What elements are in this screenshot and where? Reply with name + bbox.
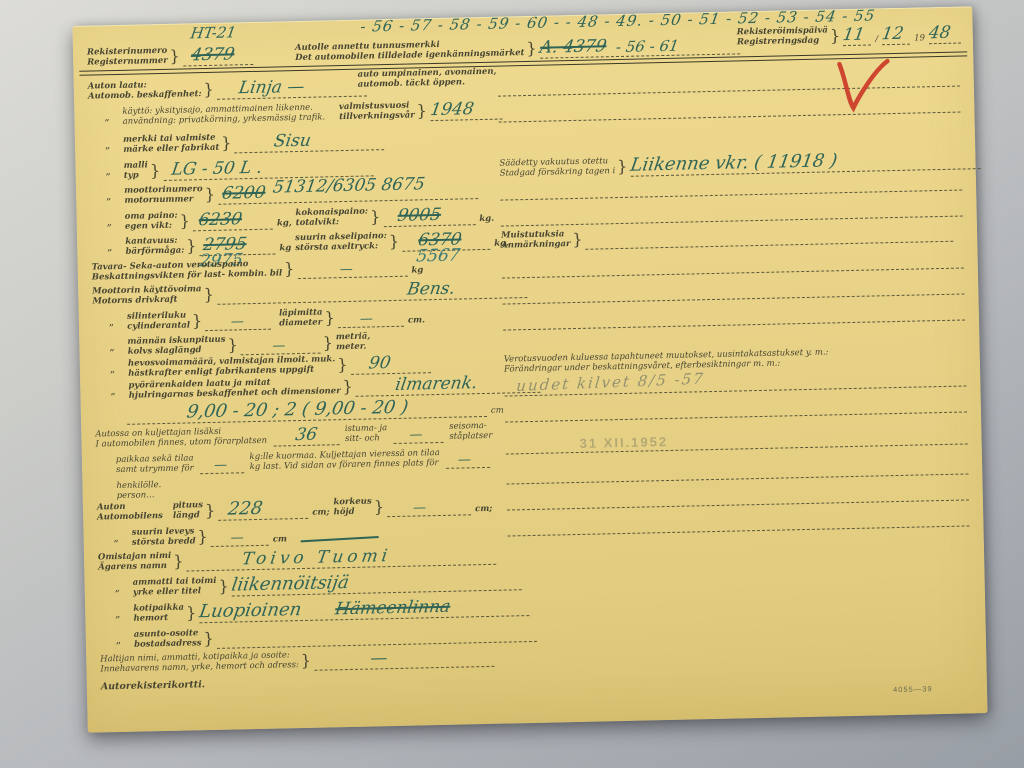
red-checkmark-icon: [825, 54, 919, 126]
field-make: „ merkki tai valmistemärke eller fabrika…: [105, 130, 385, 156]
handwritten-vehicle-type: Linja —: [237, 78, 305, 96]
handwritten-build-year: 1948: [429, 101, 475, 119]
dotted-line: [500, 190, 962, 201]
handwritten-owner-name: Toivo Tuomi: [241, 548, 393, 568]
handwritten-seat-count: 36: [294, 426, 318, 444]
field-capacity-axle: „ kantavuus:bärförmåga: } 2795 2975 kg s…: [107, 229, 513, 257]
handwritten-engine-number: 51312/6305 8675: [272, 176, 426, 196]
handwritten-passenger-beside: —: [457, 453, 472, 466]
field-holder: Haltijan nimi, ammatti, kotipaikka ja os…: [100, 647, 494, 675]
ditto-mark: „: [115, 583, 120, 594]
field-engine-number: „ moottorinumeromotornummer } 6200 51312…: [106, 179, 478, 207]
ditto-mark: „: [107, 242, 112, 253]
ditto-mark: „: [116, 635, 121, 646]
ditto-mark: „: [104, 112, 109, 123]
ditto-mark: „: [106, 191, 111, 202]
handwritten-home-place-struck: Hämeenlinna: [334, 598, 452, 618]
ink-stroke: [301, 536, 379, 542]
handwritten-tire-dimensions: 9,00 - 20 ; 2 ( 9,00 - 20 ): [185, 399, 409, 422]
handwritten-code: HT-21: [190, 25, 236, 42]
form-number: 4055—39: [893, 684, 933, 694]
brace: }: [169, 48, 180, 64]
field-load: paikkaa sekä tilaasamt utrymme för — kg:…: [116, 448, 490, 476]
handwritten-month: 12: [881, 25, 905, 43]
document-title: Autorekisterikortti.: [101, 679, 205, 692]
dotted-line: [503, 294, 965, 305]
handwritten-width: —: [230, 531, 245, 544]
handwritten-diameter: —: [359, 312, 374, 325]
ditto-mark: „: [110, 386, 115, 397]
handwritten-stroke: —: [272, 339, 287, 352]
ditto-mark: „: [105, 140, 110, 151]
handwritten-tax-weight: —: [338, 262, 353, 275]
field-remarks: MuistutuksiaAnmärkningar }: [501, 222, 954, 251]
handwritten-insurance: Liikenne vkr. ( 11918 ): [629, 152, 838, 175]
field-motive-power: Moottorin käyttövoimaMotorns drivkraft }…: [92, 278, 527, 307]
label-persons: henkilölle.person…: [116, 481, 161, 502]
handwritten-pencil-note: uudet kilvet 8/5 -57: [516, 372, 706, 394]
type-options-note: auto umpinainen, avonainen,automob. täck…: [357, 68, 496, 91]
handwritten-height: —: [412, 501, 427, 514]
date-stamp: 31 XII.1952: [579, 434, 668, 451]
handwritten-id-mark: A. 4379: [538, 38, 607, 57]
field-vehicle-type: Auton laatu:Automob. beskaffenhet: } Lin…: [88, 76, 367, 102]
ditto-mark: „: [113, 533, 118, 544]
registration-card: HT-21 - 56 - 57 - 58 - 59 - 60 - - 48 - …: [72, 6, 987, 732]
handwritten-length: 228: [227, 499, 264, 518]
handwritten-engine-number-struck: 6200: [221, 184, 267, 202]
handwritten-make: Sisu: [273, 132, 312, 150]
handwritten-horsepower: 90: [367, 355, 391, 373]
handwritten-tire-type: ilmarenk.: [394, 375, 479, 394]
dotted-line: [508, 525, 970, 536]
field-registration-date: RekisteröimispäiväRegistreringsdag } 11 …: [737, 24, 961, 48]
handwritten-day: 11: [842, 26, 866, 44]
handwritten-load: —: [213, 458, 228, 471]
pencil-note: uudet kilvet 8/5 -57: [516, 373, 705, 393]
ditto-mark: „: [109, 317, 114, 328]
dotted-line: [506, 473, 968, 484]
field-insurance: Säädetty vakuutus otettuStadgad försäkri…: [499, 149, 980, 179]
brace: }: [526, 41, 537, 57]
dotted-line: [503, 319, 965, 330]
handwritten-home-place: Luopioinen: [198, 601, 303, 621]
ditto-mark: „: [110, 364, 115, 375]
field-seats: Autossa on kuljettajan lisäksiI automobi…: [95, 422, 492, 450]
handwritten-standing-count: —: [408, 428, 423, 441]
dotted-line: [506, 443, 968, 454]
handwritten-id-mark-extra: - 56 - 61: [615, 38, 680, 54]
ditto-mark: „: [115, 609, 120, 620]
ditto-mark: „: [107, 217, 112, 228]
printed-century: 19: [914, 33, 925, 43]
field-usage-and-year: „ käyttö: yksityisajo, ammattimainen lii…: [104, 100, 502, 128]
field-home-place: „ kotipaikkahemort } Luopioinen Hämeenli…: [115, 596, 529, 625]
registration-date-label: RekisteröimispäiväRegistreringsdag: [737, 26, 829, 48]
handwritten-year: 48: [928, 24, 952, 42]
handwritten-motive-power: Bens.: [405, 280, 455, 298]
dotted-line: [502, 268, 964, 279]
register-number-label: RekisterinumeroRegisternummer: [87, 47, 168, 68]
handwritten-profession: liikennöitsijä: [230, 574, 350, 595]
field-tax-weight: Tavara- Seka-auton verotuspainoBeskattni…: [92, 256, 428, 283]
handwritten-register-number: 4379: [189, 46, 235, 64]
field-owner-name: Omistajan nimiÄgarens namn } Toivo Tuomi: [98, 545, 497, 573]
dotted-line: [505, 411, 967, 422]
ditto-mark: „: [109, 342, 114, 353]
field-width: „ suurin leveysstörsta bredd } — cm: [113, 523, 379, 548]
brace: }: [830, 28, 841, 44]
ditto-mark: „: [105, 166, 110, 177]
dotted-line: [507, 499, 969, 510]
handwritten-own-weight: 6230: [198, 211, 244, 229]
handwritten-model: LG - 50 L .: [170, 159, 263, 178]
field-cylinders: „ silinterilukucylinderantal } — läpimit…: [109, 306, 429, 333]
id-mark-label: Autolle annettu tunnusmerkkiDet automobi…: [295, 39, 525, 64]
handwritten-cylinders: —: [230, 315, 245, 328]
field-profession: „ ammatti tai toimiyrke eller titel } li…: [114, 570, 521, 598]
handwritten-holder: —: [369, 650, 389, 667]
field-register-number: RekisterinumeroRegisternummer } 4379: [87, 45, 253, 68]
field-weights: „ oma paino:egen vikt: } 6230 kg, kokona…: [106, 205, 498, 233]
handwritten-total-weight: 9005: [396, 206, 442, 224]
